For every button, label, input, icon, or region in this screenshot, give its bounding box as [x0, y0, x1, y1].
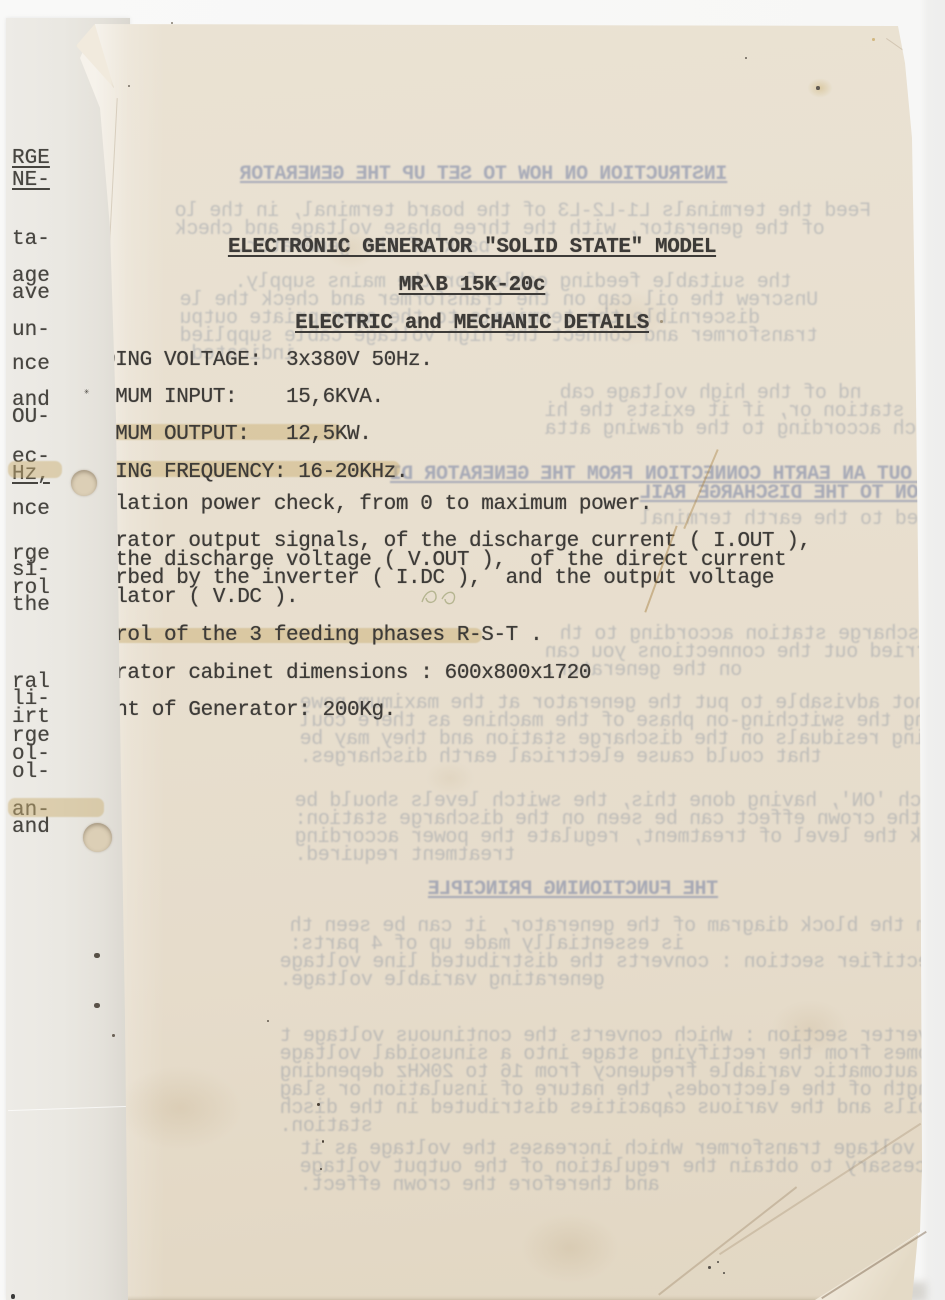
highlight-streak — [8, 461, 62, 478]
left-fragment: ave — [12, 283, 50, 304]
left-fragment: RGE — [12, 148, 50, 169]
left-fragment: nce — [12, 499, 50, 520]
bleedthrough-line: and therefore the crown effect. — [300, 1177, 660, 1195]
phases-line: trol of the 3 feeding phases R-S-T . — [103, 627, 542, 646]
spec-line-output: IMUM OUTPUT: 12,5KW. — [103, 426, 371, 445]
bleedthrough-line: generating variable voltage. — [280, 972, 605, 990]
scanned-document: RGE NE- ta- age ave un- nce and OU- ec- … — [0, 0, 945, 1300]
bleedthrough-line: that could cause electrical earth discha… — [300, 749, 822, 767]
hole-punch — [83, 823, 112, 852]
pen-asterisk-mark: ✳ — [84, 388, 92, 396]
speck — [267, 1020, 269, 1022]
spec-line-frequency: KING FREQUENCY: 16-20KHz. — [103, 464, 408, 483]
speck — [317, 1103, 320, 1106]
left-fragment: un- — [12, 320, 50, 341]
model-number: MR\B 15K-20c — [70, 277, 874, 296]
speck — [745, 57, 747, 59]
bleedthrough-heading: STATION TO THE DISCHARGE RAIL — [640, 485, 945, 503]
speck — [94, 1003, 100, 1008]
speck — [11, 1294, 15, 1299]
speck — [345, 250, 347, 252]
bleedthrough-heading: INSTRUCTION ON HOW TO SET UP THE GENERAT… — [240, 166, 727, 184]
bleedthrough-heading: THE FUNCTIONING PRINCIPLE — [428, 881, 718, 899]
spec-line-voltage: DING VOLTAGE: 3x380V 50Hz. — [103, 352, 432, 371]
highlight-streak — [8, 798, 104, 817]
cabinet-dimensions-line: erator cabinet dimensions : 600x800x1720 — [103, 665, 591, 684]
spec-line-input: IMUM INPUT: 15,6KVA. — [103, 389, 384, 408]
hole-punch — [71, 470, 97, 496]
crease-line — [658, 1186, 797, 1295]
speck — [171, 22, 173, 24]
left-fragment: OU- — [12, 407, 50, 428]
pen-speck — [708, 1266, 711, 1269]
pencil-scribble-mark — [418, 586, 462, 610]
left-fragment: the — [12, 595, 50, 616]
crease-line — [8, 1106, 128, 1111]
speck — [660, 320, 663, 323]
speck — [320, 1168, 322, 1170]
pen-speck — [723, 1272, 725, 1274]
bleedthrough-line: treatment required. — [295, 847, 515, 865]
power-check-line: ulation power check, from 0 to maximum p… — [103, 496, 652, 515]
speck — [94, 953, 100, 958]
bleedthrough-line: station. — [280, 1118, 373, 1136]
weight-line: ght of Generator: 200Kg. — [103, 702, 396, 721]
left-fragment: ol- — [12, 762, 50, 783]
speck — [112, 1034, 115, 1037]
speck — [128, 85, 130, 87]
bleedthrough-line: coils and the various capacities distrib… — [280, 1100, 941, 1118]
left-fragment: NE- — [12, 170, 50, 191]
document-page: INSTRUCTION ON HOW TO SET UP THE GENERAT… — [70, 18, 928, 1300]
pen-speck — [717, 1261, 719, 1263]
left-fragment: nce — [12, 354, 50, 375]
subtitle: ELECTRIC and MECHANIC DETAILS — [70, 315, 874, 334]
left-fragment: ta- — [12, 229, 50, 250]
bleedthrough-line: switch according to the drawing atta — [545, 421, 945, 439]
speck — [322, 1140, 324, 1143]
speck — [816, 86, 820, 90]
page-title: ELECTRONIC GENERATOR "SOLID STATE" MODEL — [70, 239, 874, 258]
left-fragment: and — [12, 817, 50, 838]
crease-line — [886, 38, 944, 79]
speck — [872, 38, 875, 41]
